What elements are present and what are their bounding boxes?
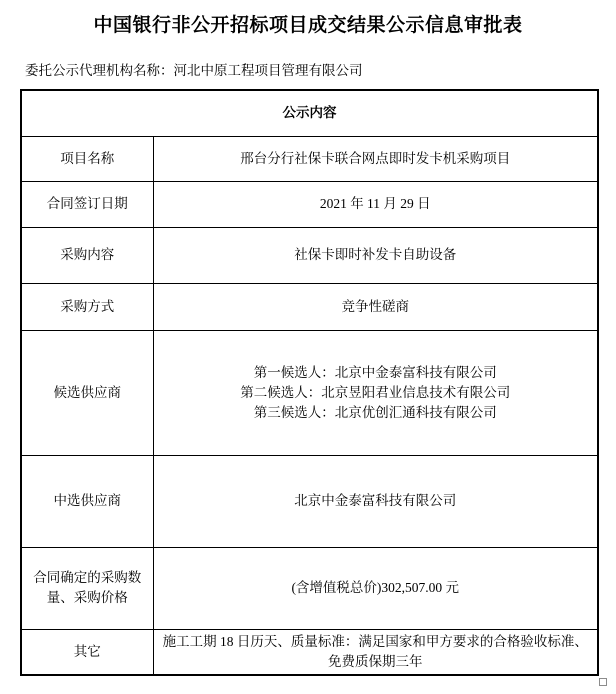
table-row: 合同确定的采购数量、采购价格 (含增值税总价)302,507.00 元 [21,547,598,629]
publicity-table: 公示内容 项目名称 邢台分行社保卡联合网点即时发卡机采购项目 合同签订日期 20… [20,89,599,676]
row-label-procurement-content: 采购内容 [21,227,153,283]
row-value-procurement-method: 竞争性磋商 [153,283,598,330]
row-value-project-name: 邢台分行社保卡联合网点即时发卡机采购项目 [153,136,598,181]
row-label-selected-supplier: 中选供应商 [21,455,153,547]
row-value-other: 施工工期 18 日历天、质量标准：满足国家和甲方要求的合格验收标准、免费质保期三… [153,629,598,675]
table-row: 采购内容 社保卡即时补发卡自助设备 [21,227,598,283]
row-label-quantity-price: 合同确定的采购数量、采购价格 [21,547,153,629]
row-label-procurement-method: 采购方式 [21,283,153,330]
document-page: 中国银行非公开招标项目成交结果公示信息审批表 委托公示代理机构名称：河北中原工程… [0,0,616,694]
candidate-line-3: 第三候选人：北京优创汇通科技有限公司 [162,403,590,423]
table-header: 公示内容 [21,90,598,136]
table-row: 其它 施工工期 18 日历天、质量标准：满足国家和甲方要求的合格验收标准、免费质… [21,629,598,675]
agency-label: 委托公示代理机构名称： [25,63,174,78]
row-value-quantity-price: (含增值税总价)302,507.00 元 [153,547,598,629]
candidate-line-2: 第二候选人：北京昱阳君业信息技术有限公司 [162,383,590,403]
row-value-contract-date: 2021 年 11 月 29 日 [153,181,598,227]
row-label-candidate-suppliers: 候选供应商 [21,330,153,455]
table-row: 合同签订日期 2021 年 11 月 29 日 [21,181,598,227]
page-title: 中国银行非公开招标项目成交结果公示信息审批表 [0,10,616,37]
table-header-row: 公示内容 [21,90,598,136]
candidate-line-1: 第一候选人：北京中金泰富科技有限公司 [162,363,590,383]
row-value-candidate-suppliers: 第一候选人：北京中金泰富科技有限公司 第二候选人：北京昱阳君业信息技术有限公司 … [153,330,598,455]
row-label-project-name: 项目名称 [21,136,153,181]
table-row: 采购方式 竞争性磋商 [21,283,598,330]
row-label-other: 其它 [21,629,153,675]
table-row: 中选供应商 北京中金泰富科技有限公司 [21,455,598,547]
agency-line: 委托公示代理机构名称：河北中原工程项目管理有限公司 [25,59,363,79]
table-row: 项目名称 邢台分行社保卡联合网点即时发卡机采购项目 [21,136,598,181]
table-resize-handle[interactable] [599,678,607,686]
row-label-contract-date: 合同签订日期 [21,181,153,227]
agency-name: 河北中原工程项目管理有限公司 [174,63,363,78]
row-value-procurement-content: 社保卡即时补发卡自助设备 [153,227,598,283]
row-value-selected-supplier: 北京中金泰富科技有限公司 [153,455,598,547]
table-row: 候选供应商 第一候选人：北京中金泰富科技有限公司 第二候选人：北京昱阳君业信息技… [21,330,598,455]
